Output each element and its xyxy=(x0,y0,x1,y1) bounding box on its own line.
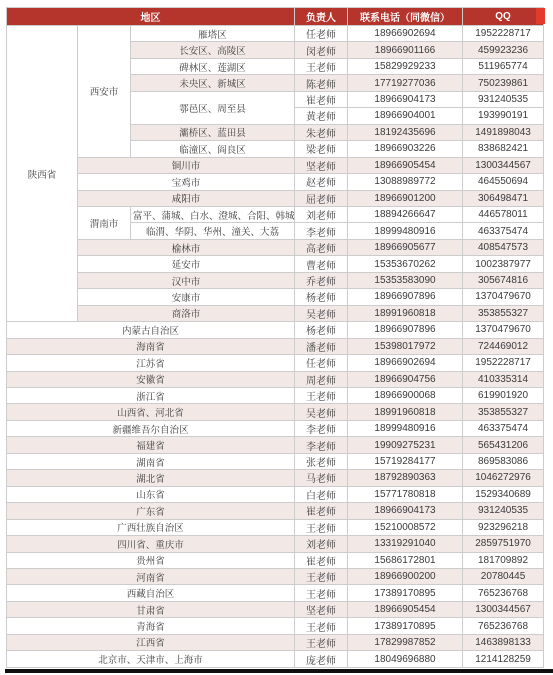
region-cell: 甘肃省 xyxy=(7,601,295,617)
qq-cell: 446578011 xyxy=(463,206,544,222)
teacher-cell: 朱老师 xyxy=(295,124,348,140)
region-cell: 贵州省 xyxy=(7,552,295,568)
teacher-cell: 李老师 xyxy=(295,420,348,436)
bottom-divider-bar xyxy=(5,669,553,673)
teacher-cell: 王老师 xyxy=(295,618,348,634)
phone-cell: 18894266647 xyxy=(348,206,463,222)
phone-cell: 15829929233 xyxy=(348,58,463,74)
qq-cell: 1370479670 xyxy=(463,289,544,305)
teacher-cell: 李老师 xyxy=(295,437,348,453)
table-body: 陕西省西安市雁塔区任老师189669026941952228717长安区、高陵区… xyxy=(7,26,544,668)
region-cell: 雁塔区 xyxy=(131,26,295,42)
header-accent-block xyxy=(536,8,545,24)
table-row: 安康市杨老师189669078961370479670 xyxy=(7,289,544,305)
phone-cell: 17829987852 xyxy=(348,634,463,650)
table-row: 青海省王老师17389170895765236768 xyxy=(7,618,544,634)
phone-cell: 18792890363 xyxy=(348,470,463,486)
region-cell: 渭南市 xyxy=(78,206,131,239)
region-cell: 临潼区、阎良区 xyxy=(131,141,295,157)
qq-cell: 1046272976 xyxy=(463,470,544,486)
qq-cell: 565431206 xyxy=(463,437,544,453)
phone-cell: 18049696880 xyxy=(348,651,463,668)
qq-cell: 511965774 xyxy=(463,58,544,74)
qq-cell: 931240535 xyxy=(463,91,544,107)
region-cell: 广西壮族自治区 xyxy=(7,519,295,535)
phone-cell: 18966905677 xyxy=(348,239,463,255)
teacher-cell: 庞老师 xyxy=(295,651,348,668)
phone-cell: 15353583090 xyxy=(348,272,463,288)
teacher-cell: 王老师 xyxy=(295,519,348,535)
qq-cell: 20780445 xyxy=(463,568,544,584)
region-cell: 富平、蒲城、白水、澄城、合阳、韩城 xyxy=(131,206,295,222)
qq-cell: 619901920 xyxy=(463,387,544,403)
phone-cell: 15398017972 xyxy=(348,338,463,354)
region-cell: 安康市 xyxy=(78,289,295,305)
table-row: 渭南市富平、蒲城、白水、澄城、合阳、韩城刘老师18894266647446578… xyxy=(7,206,544,222)
teacher-cell: 陈老师 xyxy=(295,75,348,91)
qq-cell: 410335314 xyxy=(463,371,544,387)
phone-cell: 17389170895 xyxy=(348,585,463,601)
qq-cell: 1463898133 xyxy=(463,634,544,650)
teacher-cell: 刘老师 xyxy=(295,536,348,552)
phone-cell: 18991960818 xyxy=(348,404,463,420)
table-row: 江苏省任老师189669026941952228717 xyxy=(7,355,544,371)
table-row: 四川省、重庆市刘老师133192910402859751970 xyxy=(7,536,544,552)
table-row: 湖南省张老师15719284177869583086 xyxy=(7,453,544,469)
table-row: 广东省崔老师18966904173931240535 xyxy=(7,503,544,519)
phone-cell: 18966900068 xyxy=(348,387,463,403)
qq-cell: 869583086 xyxy=(463,453,544,469)
table-row: 甘肃省坚老师189669054541300344567 xyxy=(7,601,544,617)
table-row: 广西壮族自治区王老师15210008572923296218 xyxy=(7,519,544,535)
header-phone: 联系电话（同微信） xyxy=(348,8,463,26)
table-row: 北京市、天津市、上海市庞老师180496968801214128259 xyxy=(7,651,544,668)
phone-cell: 18966900200 xyxy=(348,568,463,584)
qq-cell: 1370479670 xyxy=(463,322,544,338)
region-cell: 汉中市 xyxy=(78,272,295,288)
qq-cell: 463375474 xyxy=(463,420,544,436)
phone-cell: 18966904173 xyxy=(348,91,463,107)
table-row: 江西省王老师178299878521463898133 xyxy=(7,634,544,650)
teacher-cell: 王老师 xyxy=(295,568,348,584)
header-teacher: 负责人 xyxy=(295,8,348,26)
qq-cell: 353855327 xyxy=(463,404,544,420)
teacher-cell: 李老师 xyxy=(295,223,348,239)
contact-table: 地区 负责人 联系电话（同微信） QQ 陕西省西安市雁塔区任老师18966902… xyxy=(6,7,544,668)
table-row: 山西省、河北省吴老师18991960818353855327 xyxy=(7,404,544,420)
region-cell: 海南省 xyxy=(7,338,295,354)
teacher-cell: 崔老师 xyxy=(295,503,348,519)
phone-cell: 18991960818 xyxy=(348,305,463,321)
region-cell: 广东省 xyxy=(7,503,295,519)
teacher-cell: 杨老师 xyxy=(295,322,348,338)
phone-cell: 15771780818 xyxy=(348,486,463,502)
table-row: 商洛市吴老师18991960818353855327 xyxy=(7,305,544,321)
table-row: 浙江省王老师18966900068619901920 xyxy=(7,387,544,403)
region-cell: 碑林区、莲湖区 xyxy=(131,58,295,74)
phone-cell: 18966903226 xyxy=(348,141,463,157)
phone-cell: 18966901200 xyxy=(348,190,463,206)
table-row: 安徽省周老师18966904756410335314 xyxy=(7,371,544,387)
region-cell: 内蒙古自治区 xyxy=(7,322,295,338)
region-cell: 宝鸡市 xyxy=(78,174,295,190)
table-row: 西藏自治区王老师17389170895765236768 xyxy=(7,585,544,601)
teacher-cell: 张老师 xyxy=(295,453,348,469)
qq-cell: 1491898043 xyxy=(463,124,544,140)
phone-cell: 15719284177 xyxy=(348,453,463,469)
phone-cell: 19909275231 xyxy=(348,437,463,453)
region-cell: 四川省、重庆市 xyxy=(7,536,295,552)
table-row: 陕西省西安市雁塔区任老师189669026941952228717 xyxy=(7,26,544,42)
phone-cell: 18966902694 xyxy=(348,26,463,42)
header-region: 地区 xyxy=(7,8,295,26)
table-row: 河南省王老师1896690020020780445 xyxy=(7,568,544,584)
teacher-cell: 曹老师 xyxy=(295,256,348,272)
phone-cell: 18966905454 xyxy=(348,157,463,173)
table-row: 湖北省马老师187928903631046272976 xyxy=(7,470,544,486)
region-cell: 山西省、河北省 xyxy=(7,404,295,420)
phone-cell: 13319291040 xyxy=(348,536,463,552)
phone-cell: 18966902694 xyxy=(348,355,463,371)
phone-cell: 18966904001 xyxy=(348,108,463,124)
qq-cell: 1529340689 xyxy=(463,486,544,502)
qq-cell: 765236768 xyxy=(463,618,544,634)
qq-cell: 1214128259 xyxy=(463,651,544,668)
region-cell: 江西省 xyxy=(7,634,295,650)
qq-cell: 1002387977 xyxy=(463,256,544,272)
table-row: 贵州省崔老师15686172801181709892 xyxy=(7,552,544,568)
phone-cell: 18192435696 xyxy=(348,124,463,140)
teacher-cell: 吴老师 xyxy=(295,305,348,321)
teacher-cell: 王老师 xyxy=(295,585,348,601)
region-cell: 河南省 xyxy=(7,568,295,584)
teacher-cell: 赵老师 xyxy=(295,174,348,190)
teacher-cell: 任老师 xyxy=(295,26,348,42)
phone-cell: 18966904173 xyxy=(348,503,463,519)
phone-cell: 18999480916 xyxy=(348,420,463,436)
table-row: 福建省李老师19909275231565431206 xyxy=(7,437,544,453)
region-cell: 陕西省 xyxy=(7,26,78,322)
teacher-cell: 王老师 xyxy=(295,387,348,403)
qq-cell: 1952228717 xyxy=(463,26,544,42)
table-row: 新疆维吾尔自治区李老师18999480916463375474 xyxy=(7,420,544,436)
teacher-cell: 任老师 xyxy=(295,355,348,371)
teacher-cell: 王老师 xyxy=(295,58,348,74)
region-cell: 临渭、华阴、华州、潼关、大荔 xyxy=(131,223,295,239)
teacher-cell: 屈老师 xyxy=(295,190,348,206)
teacher-cell: 坚老师 xyxy=(295,157,348,173)
qq-cell: 1300344567 xyxy=(463,601,544,617)
phone-cell: 18966901166 xyxy=(348,42,463,58)
phone-cell: 17389170895 xyxy=(348,618,463,634)
teacher-cell: 高老师 xyxy=(295,239,348,255)
region-cell: 湖北省 xyxy=(7,470,295,486)
header-qq: QQ xyxy=(463,8,544,26)
teacher-cell: 白老师 xyxy=(295,486,348,502)
qq-cell: 1300344567 xyxy=(463,157,544,173)
region-cell: 浙江省 xyxy=(7,387,295,403)
phone-cell: 18966904756 xyxy=(348,371,463,387)
region-cell: 咸阳市 xyxy=(78,190,295,206)
qq-cell: 193990191 xyxy=(463,108,544,124)
phone-cell: 15353670262 xyxy=(348,256,463,272)
region-cell: 西安市 xyxy=(78,26,131,158)
table-row: 延安市曹老师153536702621002387977 xyxy=(7,256,544,272)
region-cell: 商洛市 xyxy=(78,305,295,321)
region-cell: 湖南省 xyxy=(7,453,295,469)
qq-cell: 923296218 xyxy=(463,519,544,535)
teacher-cell: 黄老师 xyxy=(295,108,348,124)
teacher-cell: 乔老师 xyxy=(295,272,348,288)
qq-cell: 353855327 xyxy=(463,305,544,321)
table-row: 宝鸡市赵老师13088989772464550694 xyxy=(7,174,544,190)
qq-cell: 931240535 xyxy=(463,503,544,519)
phone-cell: 15686172801 xyxy=(348,552,463,568)
region-cell: 灞桥区、蓝田县 xyxy=(131,124,295,140)
teacher-cell: 坚老师 xyxy=(295,601,348,617)
qq-cell: 750239861 xyxy=(463,75,544,91)
qq-cell: 305674816 xyxy=(463,272,544,288)
table-row: 铜川市坚老师189669054541300344567 xyxy=(7,157,544,173)
region-cell: 未央区、新城区 xyxy=(131,75,295,91)
qq-cell: 306498471 xyxy=(463,190,544,206)
phone-cell: 13088989772 xyxy=(348,174,463,190)
table-row: 榆林市高老师18966905677408547573 xyxy=(7,239,544,255)
qq-cell: 1952228717 xyxy=(463,355,544,371)
table-row: 山东省白老师157717808181529340689 xyxy=(7,486,544,502)
qq-cell: 463375474 xyxy=(463,223,544,239)
phone-cell: 18966907896 xyxy=(348,289,463,305)
teacher-cell: 闵老师 xyxy=(295,42,348,58)
qq-cell: 724469012 xyxy=(463,338,544,354)
phone-cell: 18966907896 xyxy=(348,322,463,338)
region-cell: 福建省 xyxy=(7,437,295,453)
qq-cell: 408547573 xyxy=(463,239,544,255)
table-row: 内蒙古自治区杨老师189669078961370479670 xyxy=(7,322,544,338)
phone-cell: 18999480916 xyxy=(348,223,463,239)
teacher-cell: 杨老师 xyxy=(295,289,348,305)
teacher-cell: 周老师 xyxy=(295,371,348,387)
page: 地区 负责人 联系电话（同微信） QQ 陕西省西安市雁塔区任老师18966902… xyxy=(0,0,553,675)
region-cell: 安徽省 xyxy=(7,371,295,387)
qq-cell: 459923236 xyxy=(463,42,544,58)
qq-cell: 838682421 xyxy=(463,141,544,157)
table-row: 咸阳市屈老师18966901200306498471 xyxy=(7,190,544,206)
teacher-cell: 梁老师 xyxy=(295,141,348,157)
teacher-cell: 王老师 xyxy=(295,634,348,650)
teacher-cell: 马老师 xyxy=(295,470,348,486)
region-cell: 青海省 xyxy=(7,618,295,634)
region-cell: 江苏省 xyxy=(7,355,295,371)
phone-cell: 15210008572 xyxy=(348,519,463,535)
phone-cell: 17719277036 xyxy=(348,75,463,91)
qq-cell: 2859751970 xyxy=(463,536,544,552)
region-cell: 铜川市 xyxy=(78,157,295,173)
region-cell: 新疆维吾尔自治区 xyxy=(7,420,295,436)
table-row: 汉中市乔老师15353583090305674816 xyxy=(7,272,544,288)
region-cell: 长安区、高陵区 xyxy=(131,42,295,58)
region-cell: 西藏自治区 xyxy=(7,585,295,601)
qq-cell: 464550694 xyxy=(463,174,544,190)
teacher-cell: 崔老师 xyxy=(295,91,348,107)
header-row: 地区 负责人 联系电话（同微信） QQ xyxy=(7,8,544,26)
phone-cell: 18966905454 xyxy=(348,601,463,617)
region-cell: 北京市、天津市、上海市 xyxy=(7,651,295,668)
teacher-cell: 崔老师 xyxy=(295,552,348,568)
region-cell: 山东省 xyxy=(7,486,295,502)
teacher-cell: 吴老师 xyxy=(295,404,348,420)
region-cell: 延安市 xyxy=(78,256,295,272)
table-row: 海南省潘老师15398017972724469012 xyxy=(7,338,544,354)
qq-cell: 765236768 xyxy=(463,585,544,601)
teacher-cell: 刘老师 xyxy=(295,206,348,222)
qq-cell: 181709892 xyxy=(463,552,544,568)
teacher-cell: 潘老师 xyxy=(295,338,348,354)
region-cell: 榆林市 xyxy=(78,239,295,255)
region-cell: 鄠邑区、周至县 xyxy=(131,91,295,124)
